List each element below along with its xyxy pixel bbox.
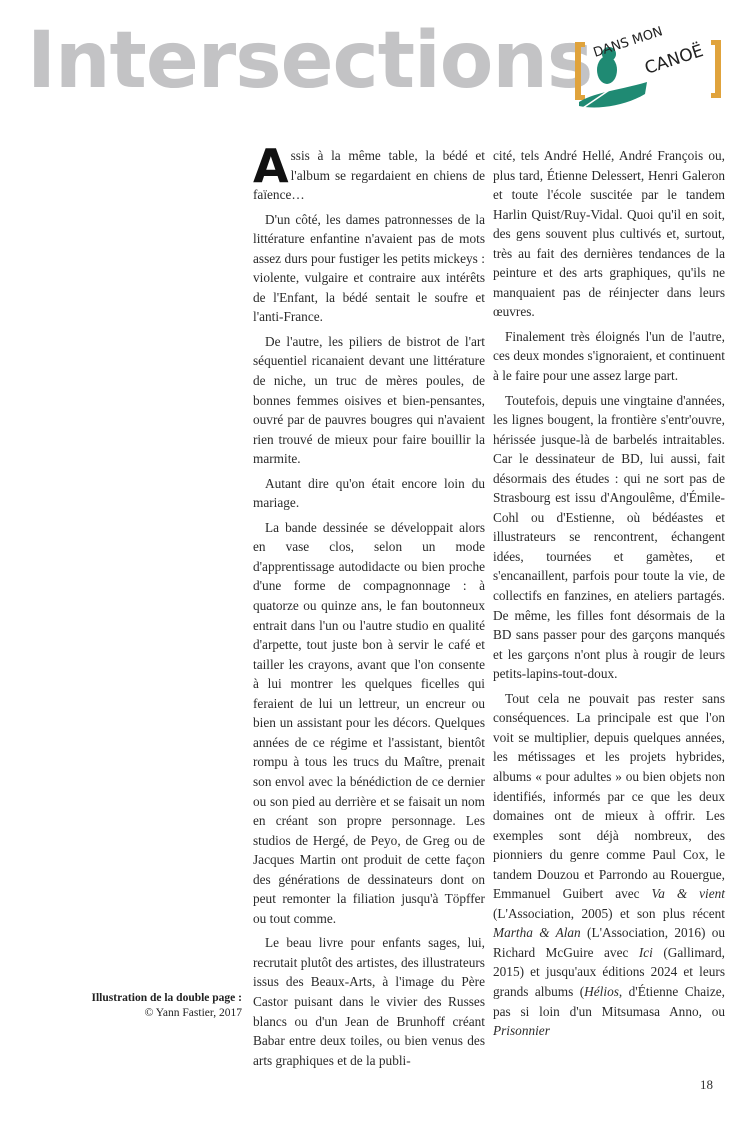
paragraph: Toutefois, depuis une vingtaine d'années… xyxy=(493,391,725,684)
paragraph: Le beau livre pour enfants sages, lui, r… xyxy=(253,933,485,1070)
right-bracket-icon xyxy=(711,40,721,98)
dans-mon-canoe-logo: DANS MON CANOË xyxy=(575,22,725,117)
section-title: Intersections xyxy=(27,22,592,100)
canoe-paddler-icon xyxy=(577,47,647,112)
drop-cap: A xyxy=(253,148,289,184)
article-column-1: Assis à la même table, la bédé et l'albu… xyxy=(253,146,485,1075)
paragraph: La bande dessinée se développait alors e… xyxy=(253,518,485,928)
paragraph: De l'autre, les piliers de bistrot de l'… xyxy=(253,332,485,469)
paragraph: Autant dire qu'on était encore loin du m… xyxy=(253,474,485,513)
paragraph: D'un côté, les dames patronnesses de la … xyxy=(253,210,485,327)
paragraph: Finalement très éloignés l'un de l'autre… xyxy=(493,327,725,386)
paragraph: Assis à la même table, la bédé et l'albu… xyxy=(253,146,485,205)
paragraph: Tout cela ne pouvait pas rester sans con… xyxy=(493,689,725,1041)
caption-credit: © Yann Fastier, 2017 xyxy=(92,1006,242,1021)
article-column-2: cité, tels André Hellé, André François o… xyxy=(493,146,725,1046)
page-number: 18 xyxy=(700,1077,713,1093)
caption-label: Illustration de la double page : xyxy=(92,991,242,1006)
illustration-caption: Illustration de la double page : © Yann … xyxy=(92,991,242,1021)
logo-line2: CANOË xyxy=(642,40,706,79)
paragraph: cité, tels André Hellé, André François o… xyxy=(493,146,725,322)
left-bracket-icon xyxy=(575,42,585,100)
